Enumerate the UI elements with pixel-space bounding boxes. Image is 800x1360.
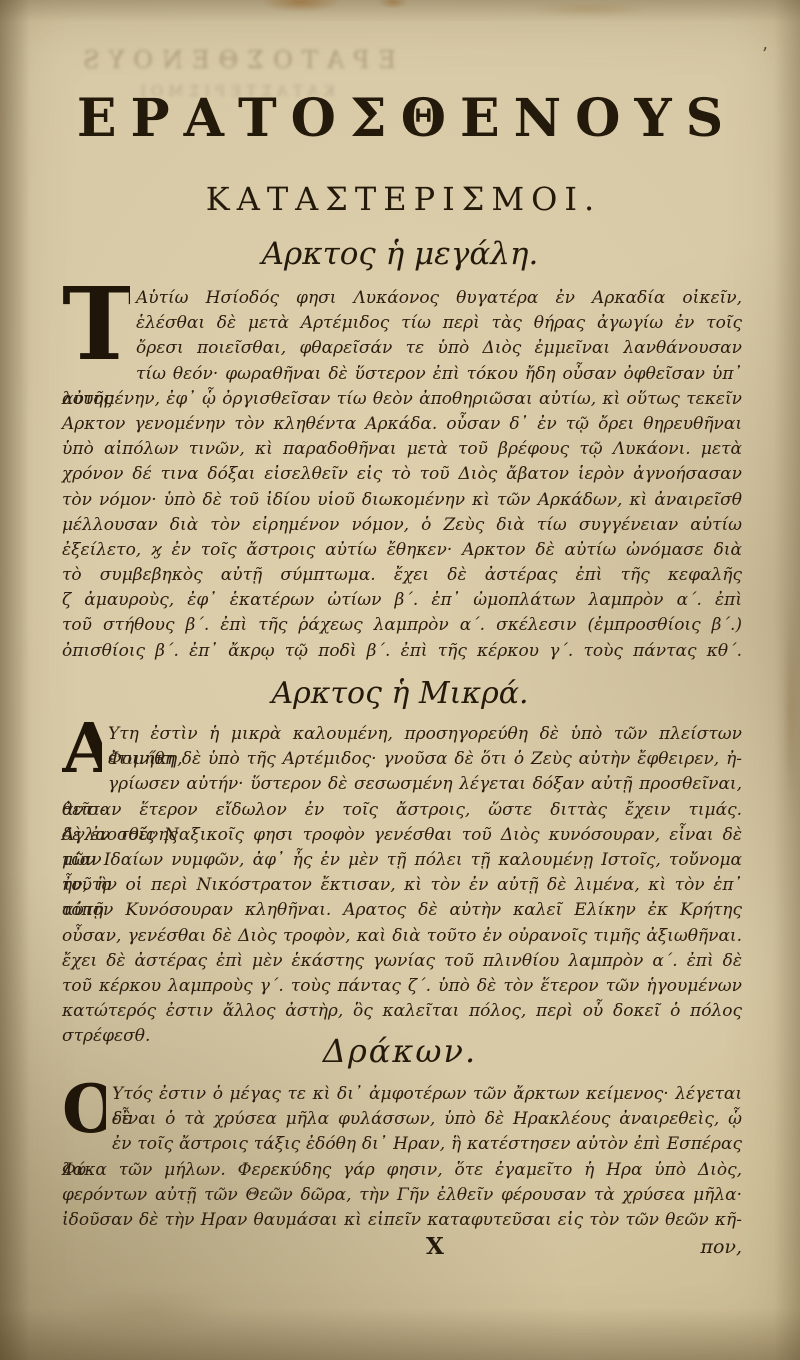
page-title: ΕΡΑΤΟΣΘΕΝΟΥS [0, 88, 800, 149]
text-line: τοῦ κέρκου λαμπροὺς γ΄. τοὺς πάντας ζ΄. … [62, 974, 742, 999]
ink-mark: ’ [762, 44, 768, 65]
footer-line: X πον, [0, 1233, 800, 1261]
book-page: ΕΡΑΤΟΣΘΕΝΟΥS ΚΑΤΑΣΤΕΡΙΣΜΟΙ ’ ΕΡΑΤΟΣΘΕΝΟΥ… [0, 0, 800, 1360]
text-line: Υτός ἐστιν ὁ μέγας τε κὶ δι᾽ ἀμφοτέρων τ… [62, 1082, 742, 1107]
section-heading-draco: Δράκων. [0, 1032, 800, 1070]
text-line: χρόνον δέ τινα δόξαι εἰσελθεῖν εἰς τὸ το… [62, 462, 742, 487]
text-line: τόπον Κυνόσουραν κληθῆναι. Αρατος δὲ αὐτ… [62, 898, 742, 923]
section-body-ursa-minor: A Υτη ἐστὶν ἡ μικρὰ καλουμένη, προσηγορε… [62, 722, 742, 1024]
text-line: θεῖσαν ἕτερον εἴδωλον ἐν τοῖς ἄστροις, ὥ… [62, 798, 742, 823]
text-line: ἑλέσθαι δὲ μετὰ Αρτέμιδος τίω περὶ τὰς θ… [62, 311, 742, 336]
text-line: ὑπὸ αἰπόλων τινῶν, κὶ παραδοθῆναι μετὰ τ… [62, 437, 742, 462]
text-line: κατώτερός ἐστιν ἄλλος ἀστὴρ, ὃς καλεῖται… [62, 999, 742, 1024]
text-line: τὸν νόμον· ὑπὸ δὲ τοῦ ἰδίου υἱοῦ διωκομέ… [62, 488, 742, 513]
drop-cap-t: T [62, 286, 130, 362]
text-line: Αὑτίω Ησίοδός φησι Λυκάονος θυγατέρα ἐν … [62, 286, 742, 311]
section-heading-ursa-minor: Αρκτος ἡ Μικρά. [0, 676, 800, 711]
section-heading-ursa-major: Αρκτος ἡ μεγάλη. [0, 236, 800, 272]
text-line: τὸ συμβεβηκὸς αὐτῇ σύμπτωμα. ἔχει δὲ ἀστ… [62, 563, 742, 588]
paper-stain [530, 2, 650, 16]
text-line: ἰδοῦσαν δὲ τὴν Ηραν θαυμάσαι κὶ εἰπεῖν κ… [62, 1208, 742, 1233]
catchword: πον, [700, 1236, 742, 1258]
text-line: δὲ ἐν τοῖς Ναξικοῖς φησι τροφὸν γενέσθαι… [62, 823, 742, 848]
text-line: τῶν Ιδαίων νυμφῶν, ἀφ᾽ ἧς ἐν μὲν τῇ πόλε… [62, 848, 742, 873]
drop-cap-o: O [62, 1082, 106, 1133]
text-line: ἐξείλετο, ϗ ἐν τοῖς ἄστροις αὐτίω ἔθηκεν… [62, 538, 742, 563]
text-lines: Αὑτίω Ησίοδός φησι Λυκάονος θυγατέρα ἐν … [62, 286, 742, 664]
text-line: ζ ἀμαυροὺς, ἐφ᾽ ἑκατέρων ὠτίων β΄. ἐπ᾽ ὠ… [62, 588, 742, 613]
text-line: ἔχει δὲ ἀστέρας ἐπὶ μὲν ἑκάστης γωνίας τ… [62, 949, 742, 974]
text-line: ἦν, ἣν οἱ περὶ Νικόστρατον ἔκτισαν, κὶ τ… [62, 873, 742, 898]
text-line: λουομένην, ἐφ᾽ ᾧ ὀργισθεῖσαν τίω θεὸν ἀπ… [62, 387, 742, 412]
text-line: εἶναι ὁ τὰ χρύσεα μῆλα φυλάσσων, ὑπὸ δὲ … [62, 1107, 742, 1132]
text-line: τίω θεόν· φωραθῆναι δὲ ὕστερον ἐπὶ τόκου… [62, 362, 742, 387]
paper-stain [262, 0, 340, 12]
page-subtitle: ΚΑΤΑΣΤΕΡΙΣΜΟΙ. [0, 180, 800, 218]
section-body-ursa-major: T Αὑτίω Ησίοδός φησι Λυκάονος θυγατέρα ἐ… [62, 286, 742, 664]
text-line: ὄρεσι ποιεῖσθαι, φθαρεῖσάν τε ὑπὸ Διὸς ἐ… [62, 336, 742, 361]
section-body-draco: O Υτός ἐστιν ὁ μέγας τε κὶ δι᾽ ἀμφοτέρων… [62, 1082, 742, 1233]
text-line: φερόντων αὐτῇ τῶν Θεῶν δῶρα, τὴν Γῆν ἐλθ… [62, 1183, 742, 1208]
text-line: λακα τῶν μήλων. Φερεκύδης γάρ φησιν, ὅτε… [62, 1158, 742, 1183]
text-line: μέλλουσαν διὰ τὸν εἰρημένον νόμον, ὁ Ζεὺ… [62, 513, 742, 538]
text-lines: Υτη ἐστὶν ἡ μικρὰ καλουμένη, προσηγορεύθ… [62, 722, 742, 1024]
text-line: γρίωσεν αὐτήν· ὕστερον δὲ σεσωσμένη λέγε… [62, 772, 742, 797]
text-line: ἐν τοῖς ἄστροις τάξις ἐδόθη δι᾽ Ηραν, ἣ … [62, 1132, 742, 1157]
bleedthrough-title: ΕΡΑΤΟΣΘΕΝΟΥS [0, 46, 470, 74]
text-lines: Υτός ἐστιν ὁ μέγας τε κὶ δι᾽ ἀμφοτέρων τ… [62, 1082, 742, 1233]
text-line: ἐτιμήθη δὲ ὑπὸ τῆς Αρτέμιδος· γνοῦσα δὲ … [62, 747, 742, 772]
signature-mark: X [426, 1233, 444, 1260]
text-line: Υτη ἐστὶν ἡ μικρὰ καλουμένη, προσηγορεύθ… [62, 722, 742, 747]
paper-stain [70, 1290, 230, 1330]
drop-cap-a: A [62, 722, 102, 773]
paper-stain [378, 0, 408, 9]
text-line: τοῦ στήθους β΄. ἐπὶ τῆς ῥάχεως λαμπρὸν α… [62, 613, 742, 638]
text-line: οὖσαν, γενέσθαι δὲ Διὸς τροφὸν, καὶ διὰ … [62, 924, 742, 949]
text-line: ὀπισθίοις β΄. ἐπ᾽ ἄκρῳ τῷ ποδὶ β΄. ἐπὶ τ… [62, 639, 742, 664]
text-line: Αρκτον γενομένην τὸν κληθέντα Αρκάδα. οὖ… [62, 412, 742, 437]
